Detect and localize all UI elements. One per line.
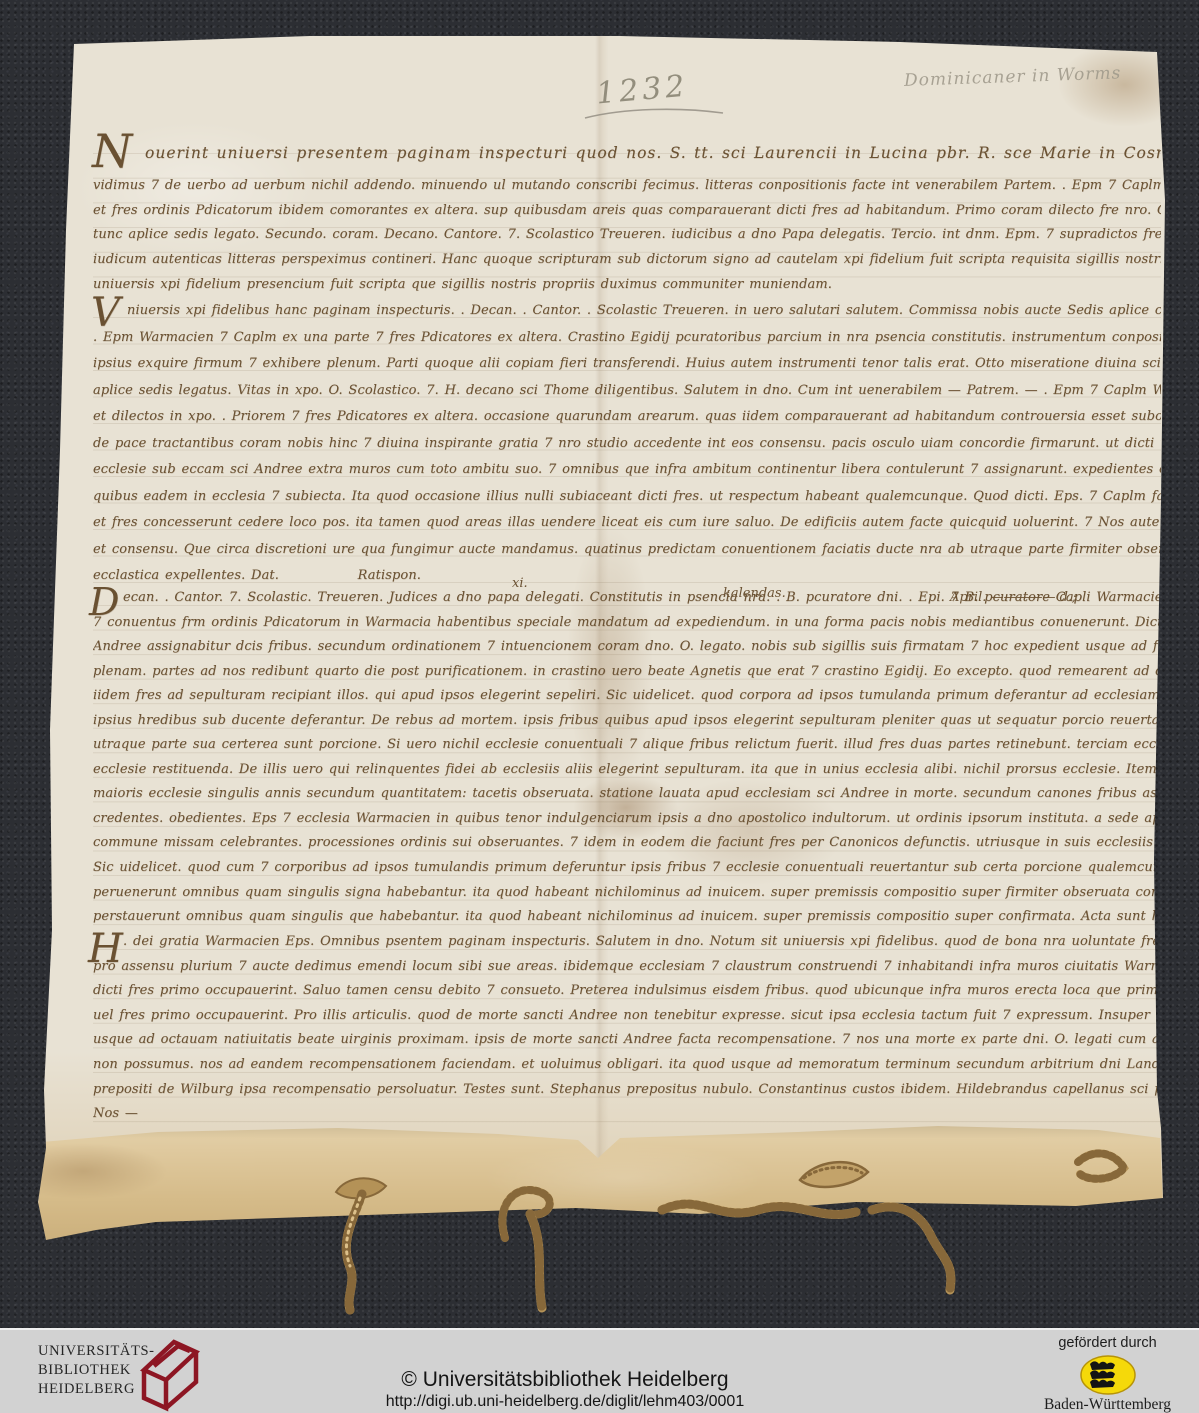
manuscript-text-line: . dei gratia Warmacien Eps. Omnibus psen… <box>93 930 1161 955</box>
pencil-underline-stroke <box>579 104 729 124</box>
seal-cord-group <box>336 1153 1124 1310</box>
manuscript-text-line: non possumus. nos ad eandem recompensati… <box>93 1053 1161 1078</box>
manuscript-text-line: et fres ordinis Pdicatorum ibidem comora… <box>93 199 1161 224</box>
copyright-line: © Universitätsbibliothek Heidelberg <box>365 1368 765 1392</box>
seal-cord-mid-right <box>872 1207 951 1290</box>
funding-state-name: Baden-Württemberg <box>1020 1396 1195 1413</box>
manuscript-text-line: perstauerunt omnibus quam singulis que h… <box>93 905 1161 930</box>
manuscript-text-line: tunc aplice sedis legato. Secundo. coram… <box>93 223 1161 248</box>
manuscript-text-line: credentes. obedientes. Eps 7 ecclesia Wa… <box>93 807 1161 832</box>
manuscript-text-line: ouerint uniuersi presentem paginam inspe… <box>93 134 1161 174</box>
manuscript-text-line: Andree assignabitur dcis fribus. secundu… <box>93 635 1161 660</box>
copyright-block: © Universitätsbibliothek Heidelberg http… <box>365 1368 765 1411</box>
manuscript-text-line: commune missam celebrantes. processiones… <box>93 831 1161 856</box>
seal-cords <box>0 1080 1199 1328</box>
manuscript-text-line: de pace tractantibus coram nobis hinc 7 … <box>93 431 1161 458</box>
seal-cord-mid-left <box>502 1190 549 1308</box>
manuscript-text-line: et consensu. Que circa discretioni ure q… <box>93 537 1161 564</box>
manuscript-text-line: ecclesie restituenda. De illis uero qui … <box>93 758 1161 783</box>
manuscript-text-line: quibus eadem in ecclesia 7 subiecta. Ita… <box>93 484 1161 511</box>
manuscript-text-line: maioris ecclesie singulis annis secundum… <box>93 782 1161 807</box>
manuscript-text-line: et dilectos in xpo. . Priorem 7 fres Pdi… <box>93 404 1161 431</box>
manuscript-text-line: niuersis xpi fidelibus hanc paginam insp… <box>93 298 1161 325</box>
manuscript-text-line: dicti fres primo occupauerint. Saluo tam… <box>93 979 1161 1004</box>
manuscript-text-line: Sic uidelicet. quod cum 7 corporibus ad … <box>93 856 1161 881</box>
parchment-charter: 1232 Dominicaner in Worms N V D H ouerin… <box>36 30 1170 1245</box>
seal-cord-squiggle <box>662 1204 856 1214</box>
manuscript-text-line: . Epm Warmacien 7 Caplm ex una parte 7 f… <box>93 325 1161 352</box>
manuscript-text-line: uel fres primo occupauerint. Pro illis a… <box>93 1004 1161 1029</box>
manuscript-text-line: uniuersis xpi fidelium presencium fuit s… <box>93 273 1161 298</box>
manuscript-text-line: peruenerunt omnibus quam singulis signa … <box>93 881 1161 906</box>
source-url: http://digi.ub.uni-heidelberg.de/diglit/… <box>365 1392 765 1411</box>
seal-cord-knot <box>800 1162 868 1187</box>
manuscript-section-legate-letter: niuersis xpi fidelibus hanc paginam insp… <box>93 298 1161 590</box>
manuscript-text-line: vidimus 7 de uerbo ad uerbum nichil adde… <box>93 174 1161 199</box>
pencil-annotation-provenance: Dominicaner in Worms <box>904 61 1185 91</box>
manuscript-text-line: 7 conuentus frm ordinis Pdicatorum in Wa… <box>93 611 1161 636</box>
baden-wuerttemberg-coat-of-arms-icon <box>1078 1354 1138 1396</box>
manuscript-section-judges-letter: ecan. . Cantor. 7. Scolastic. Treueren. … <box>93 586 1161 930</box>
manuscript-text-line: plenam. partes ad nos redibunt quarto di… <box>93 660 1161 685</box>
date-kalendas: kalendas. <box>723 586 786 601</box>
digitization-footer: UNIVERSITÄTS- BIBLIOTHEK HEIDELBERG © Un… <box>0 1328 1199 1413</box>
manuscript-text-line: iidem fres ad sepulturam recipiant illos… <box>93 684 1161 709</box>
manuscript-text-line: usque ad octauam natiuitatis beate uirgi… <box>93 1028 1161 1053</box>
funding-label: gefördert durch <box>1020 1334 1195 1352</box>
seal-cord-right <box>1078 1153 1124 1178</box>
photograph-backdrop: 1232 Dominicaner in Worms N V D H ouerin… <box>0 0 1199 1328</box>
manuscript-text-line: utraque parte sua certerea sunt porcione… <box>93 733 1161 758</box>
manuscript-text-line: ecclesie sub eccam sci Andree extra muro… <box>93 457 1161 484</box>
funding-block: gefördert durch Baden-Württemberg <box>1020 1334 1195 1413</box>
manuscript-text-line: iudicum autenticas litteras perspeximus … <box>93 248 1161 273</box>
manuscript-text-line: ipsius exquire firmum 7 exhibere plenum.… <box>93 351 1161 378</box>
date-day-numeral: xi. <box>512 576 528 591</box>
manuscript-text-line: pro assensu plurium 7 aucte dedimus emen… <box>93 955 1161 980</box>
manuscript-text-line: aplice sedis legatus. Vitas in xpo. O. S… <box>93 378 1161 405</box>
manuscript-text-line: et fres concesserunt cedere loco pos. it… <box>93 510 1161 537</box>
manuscript-text-line: ipsius hredibus sub ducente deferantur. … <box>93 709 1161 734</box>
seal-cord-left <box>336 1178 386 1310</box>
ub-heidelberg-logo-icon <box>128 1334 206 1413</box>
manuscript-section-notification: ouerint uniuersi presentem paginam inspe… <box>93 134 1161 297</box>
date-month: April. ————— d.; <box>950 590 1076 605</box>
